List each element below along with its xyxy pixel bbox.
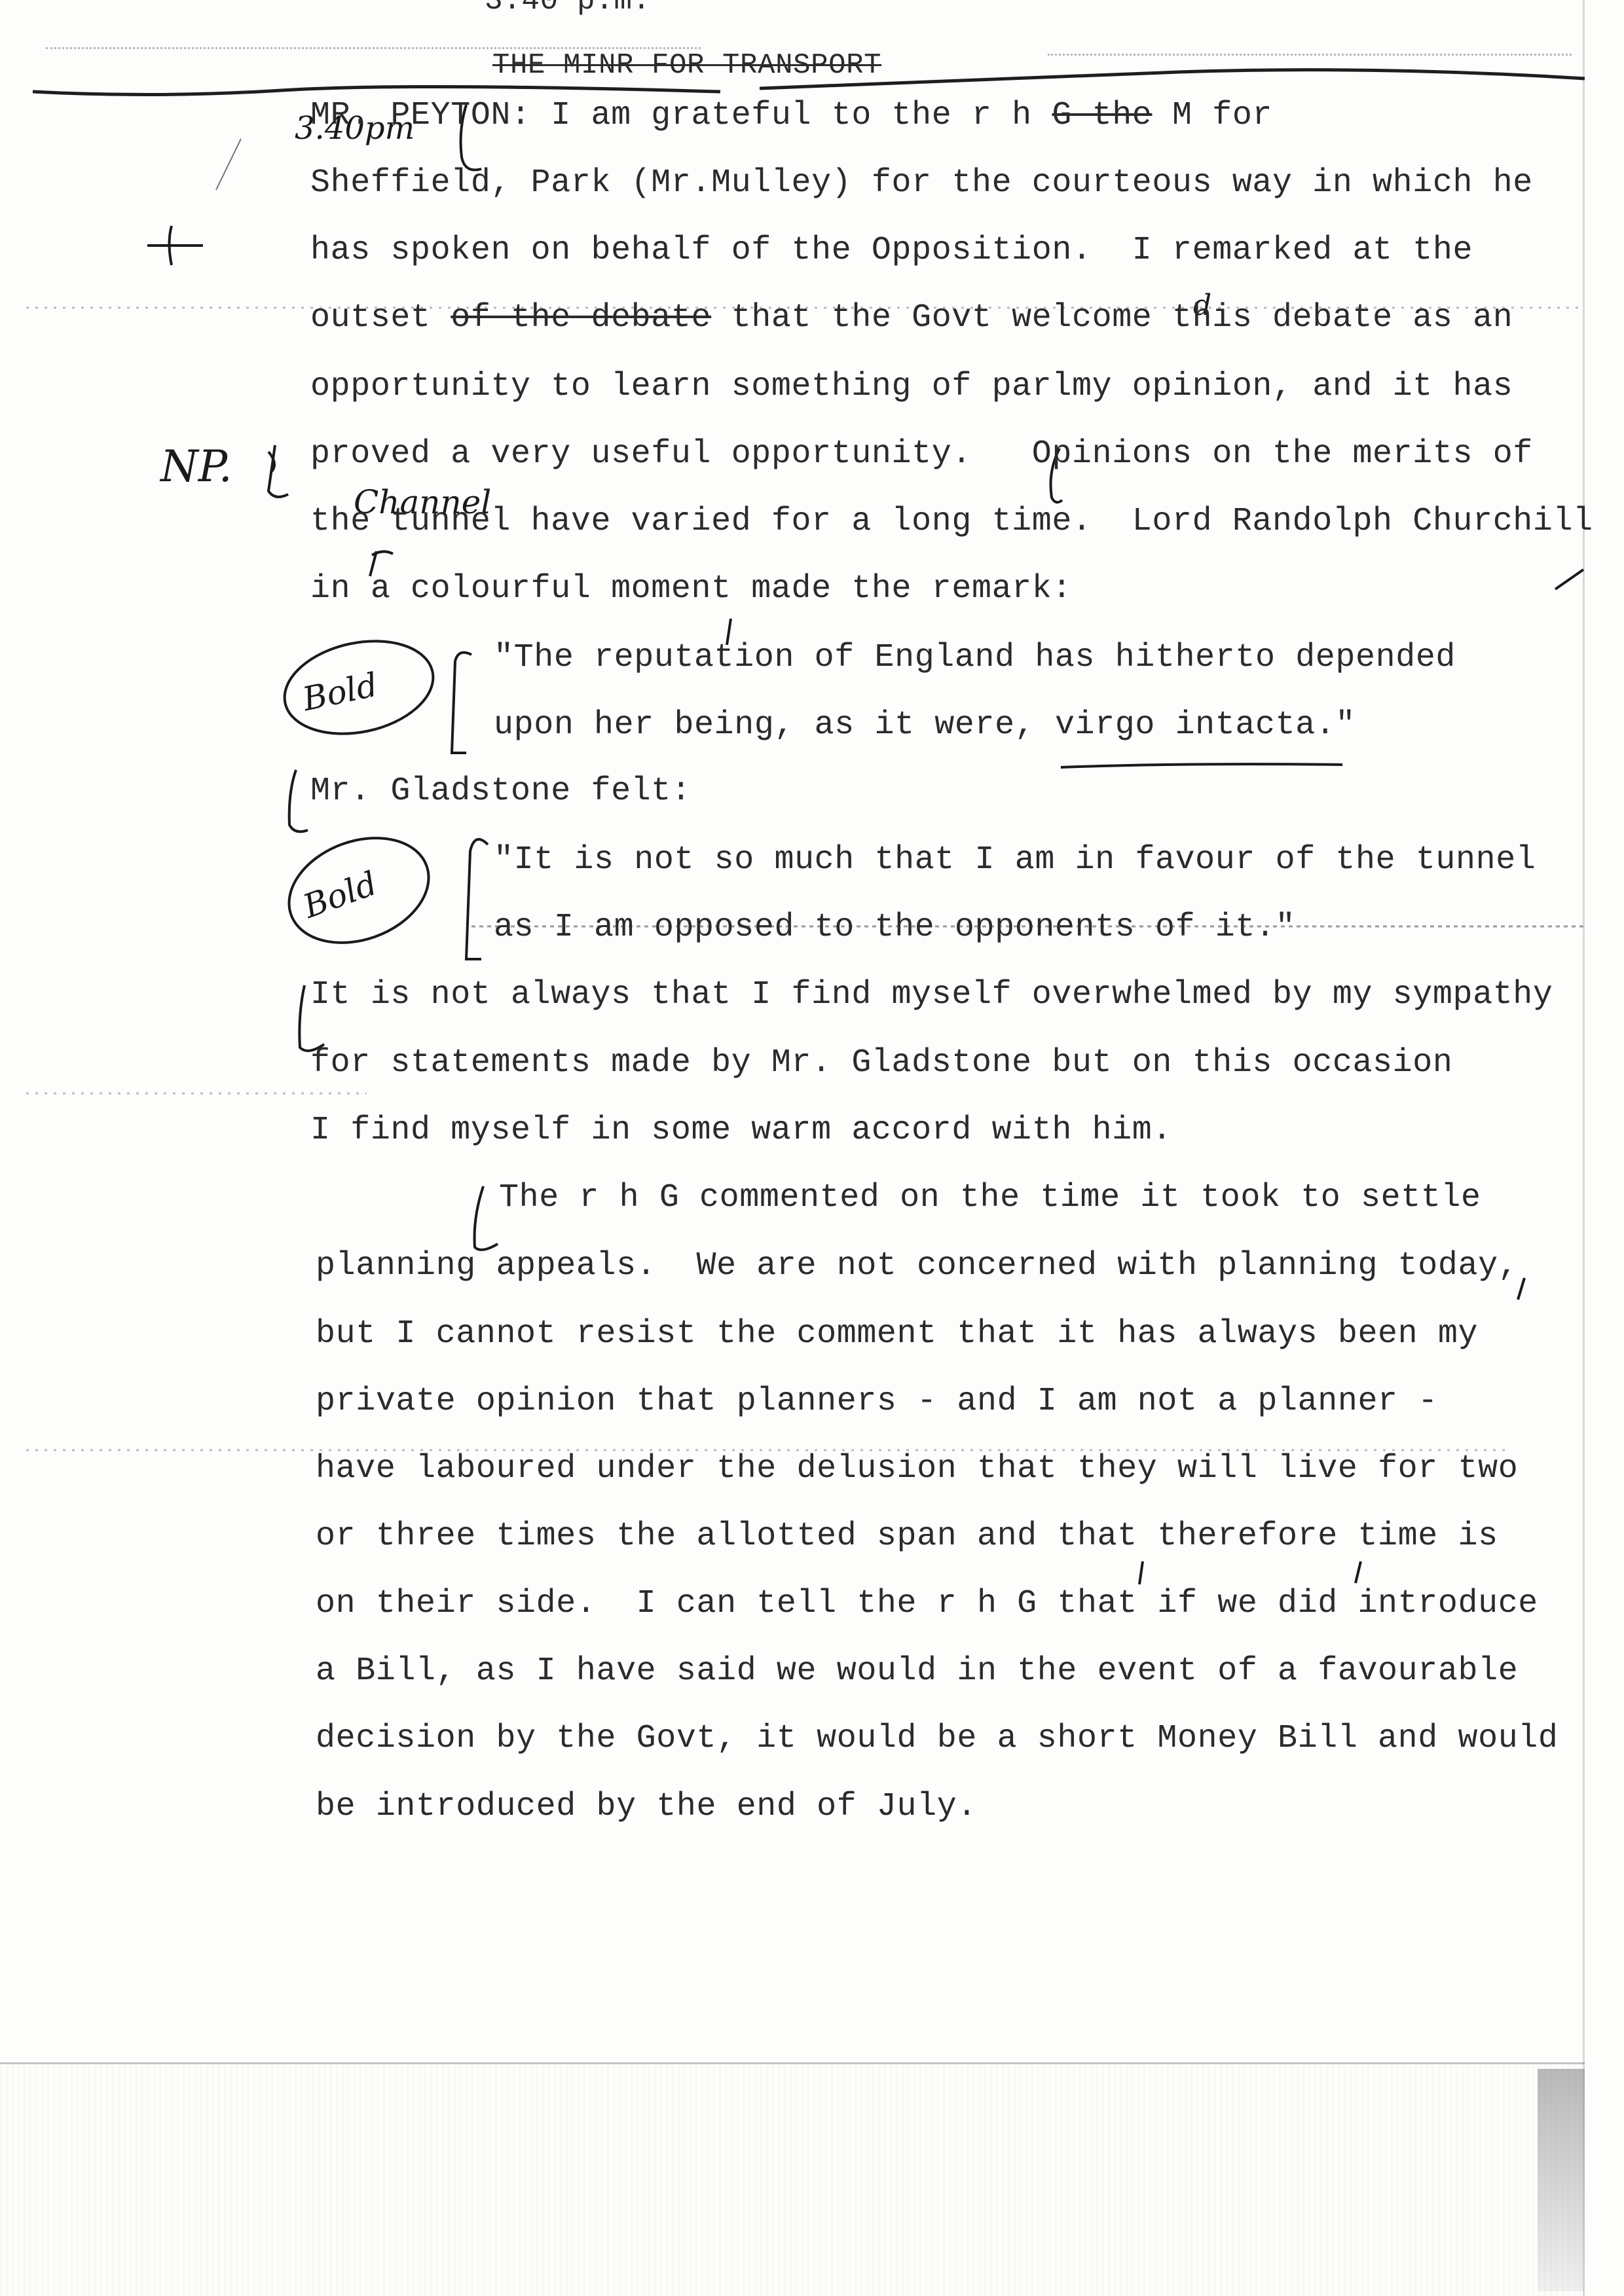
text-run: Mr. Gladstone felt:	[310, 773, 692, 810]
text-run: planning appeals. We are not concerned w…	[316, 1247, 1518, 1285]
text-run: in a colourful moment made the remark:	[310, 570, 1072, 608]
text-run: "It is not so much that I am in favour o…	[494, 841, 1536, 879]
struck-text: of the debate	[451, 299, 711, 337]
margin-np-mark: NP.	[160, 445, 232, 488]
text-run: have laboured under the delusion that th…	[316, 1450, 1518, 1487]
text-line: opportunity to learn something of parlmy…	[310, 371, 1513, 403]
text-line: as I am opposed to the opponents of it."	[494, 911, 1295, 944]
text-line: the tunnel have varied for a long time. …	[310, 505, 1593, 538]
text-line: on their side. I can tell the r h G that…	[316, 1588, 1538, 1620]
text-run: upon her being, as it were,	[494, 706, 1055, 744]
text-run: outset	[310, 299, 451, 337]
text-run: for statements made by Mr. Gladstone but…	[310, 1044, 1452, 1082]
text-line: planning appeals. We are not concerned w…	[316, 1250, 1518, 1283]
text-line: or three times the allotted span and tha…	[316, 1520, 1498, 1553]
text-run: as I am opposed to the opponents of it."	[494, 909, 1295, 946]
text-line: but I cannot resist the comment that it …	[316, 1318, 1478, 1351]
text-line: a Bill, as I have said we would in the e…	[316, 1655, 1518, 1688]
text-run: private opinion that planners - and I am…	[316, 1383, 1438, 1420]
text-line: MR. PEYTON: I am grateful to the r h G t…	[310, 100, 1272, 132]
underlined-text: virgo intacta.	[1055, 706, 1335, 744]
text-run: Sheffield, Park (Mr.Mulley) for the cour…	[310, 164, 1533, 202]
text-line: for statements made by Mr. Gladstone but…	[310, 1047, 1452, 1080]
text-run: The r h G commented on the time it took …	[499, 1179, 1481, 1216]
text-run: I find myself in some warm accord with h…	[310, 1112, 1172, 1149]
text-run: or three times the allotted span and tha…	[316, 1518, 1498, 1555]
text-line: Mr. Gladstone felt:	[310, 775, 692, 808]
text-run: MR. PEYTON: I am grateful to the r h	[310, 97, 1052, 134]
scan-edge-shadow	[1538, 2069, 1585, 2291]
text-line: decision by the Govt, it would be a shor…	[316, 1722, 1559, 1755]
text-run: proved a very useful opportunity. Opinio…	[310, 435, 1533, 473]
text-run: the tunnel have varied for a long time. …	[310, 503, 1593, 540]
text-line: private opinion that planners - and I am…	[316, 1385, 1438, 1418]
text-line: I find myself in some warm accord with h…	[310, 1114, 1172, 1147]
text-line: "It is not so much that I am in favour o…	[494, 844, 1536, 877]
text-line: It is not always that I find myself over…	[310, 979, 1553, 1011]
text-line: upon her being, as it were, virgo intact…	[494, 709, 1356, 742]
text-line: in a colourful moment made the remark:	[310, 573, 1072, 606]
text-run: M for	[1152, 97, 1272, 134]
text-run: a Bill, as I have said we would in the e…	[316, 1652, 1518, 1690]
text-run: "The reputation of England has hitherto …	[494, 639, 1456, 676]
text-run: that the Govt welcome this debate as an	[711, 299, 1513, 337]
text-run: opportunity to learn something of parlmy…	[310, 368, 1513, 405]
text-line: has spoken on behalf of the Opposition. …	[310, 234, 1473, 267]
text-line: proved a very useful opportunity. Opinio…	[310, 438, 1533, 471]
text-line: outset of the debate that the Govt welco…	[310, 302, 1513, 335]
text-line: have laboured under the delusion that th…	[316, 1453, 1518, 1485]
text-line: Sheffield, Park (Mr.Mulley) for the cour…	[310, 167, 1533, 200]
text-run: has spoken on behalf of the Opposition. …	[310, 232, 1473, 269]
text-run: It is not always that I find myself over…	[310, 976, 1553, 1013]
text-line: be introduced by the end of July.	[316, 1791, 977, 1823]
text-run: on their side. I can tell the r h G that…	[316, 1585, 1538, 1622]
text-run: be introduced by the end of July.	[316, 1788, 977, 1825]
text-run: decision by the Govt, it would be a shor…	[316, 1720, 1559, 1757]
struck-text: G the	[1052, 97, 1152, 134]
text-run: but I cannot resist the comment that it …	[316, 1315, 1478, 1353]
text-run: "	[1335, 706, 1356, 744]
text-line: The r h G commented on the time it took …	[499, 1182, 1481, 1214]
text-line: "The reputation of England has hitherto …	[494, 642, 1456, 674]
scan-noise-band	[0, 2062, 1585, 2296]
